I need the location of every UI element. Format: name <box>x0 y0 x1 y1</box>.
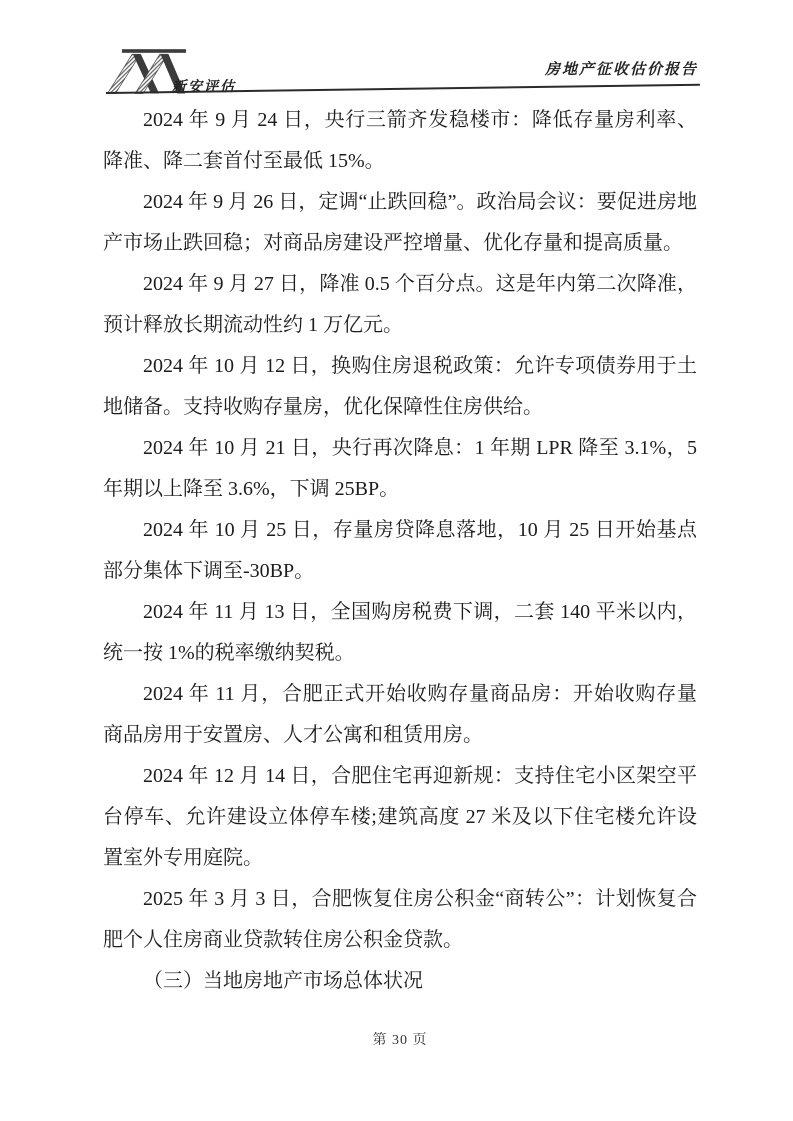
document-body: 2024 年 9 月 24 日，央行三箭齐发稳楼市：降低存量房利率、降准、降二套… <box>103 100 697 1002</box>
policy-paragraph: 2024 年 9 月 27 日，降准 0.5 个百分点。这是年内第二次降准，预计… <box>103 264 697 346</box>
page-header: 新安评估 房地产征收估价报告 <box>0 0 793 100</box>
policy-paragraph: 2024 年 9 月 26 日，定调“止跌回稳”。政治局会议：要促进房地产市场止… <box>103 182 697 264</box>
section-heading: （三）当地房地产市场总体状况 <box>103 961 697 1002</box>
policy-paragraph: 2024 年 10 月 12 日，换购住房退税政策：允许专项债券用于土地储备。支… <box>103 346 697 428</box>
logo-company-name: 新安评估 <box>172 76 236 96</box>
policy-paragraph: 2024 年 10 月 21 日，央行再次降息：1 年期 LPR 降至 3.1%… <box>103 428 697 510</box>
policy-paragraph: 2024 年 11 月 13 日，全国购房税费下调，二套 140 平米以内，统一… <box>103 592 697 674</box>
page-footer: 第 30 页 <box>103 1031 697 1051</box>
policy-paragraph: 2024 年 12 月 14 日，合肥住宅再迎新规：支持住宅小区架空平台停车、允… <box>103 756 697 879</box>
policy-paragraph: 2024 年 10 月 25 日，存量房贷降息落地，10 月 25 日开始基点部… <box>103 510 697 592</box>
policy-paragraph: 2025 年 3 月 3 日，合肥恢复住房公积金“商转公”：计划恢复合肥个人住房… <box>103 879 697 961</box>
report-page: 新安评估 房地产征收估价报告 2024 年 9 月 24 日，央行三箭齐发稳楼市… <box>0 0 793 1121</box>
policy-paragraph: 2024 年 11 月，合肥正式开始收购存量商品房：开始收购存量商品房用于安置房… <box>103 674 697 756</box>
page-number: 第 30 页 <box>373 1033 428 1048</box>
policy-paragraph: 2024 年 9 月 24 日，央行三箭齐发稳楼市：降低存量房利率、降准、降二套… <box>103 100 697 182</box>
report-title: 房地产征收估价报告 <box>545 58 698 79</box>
